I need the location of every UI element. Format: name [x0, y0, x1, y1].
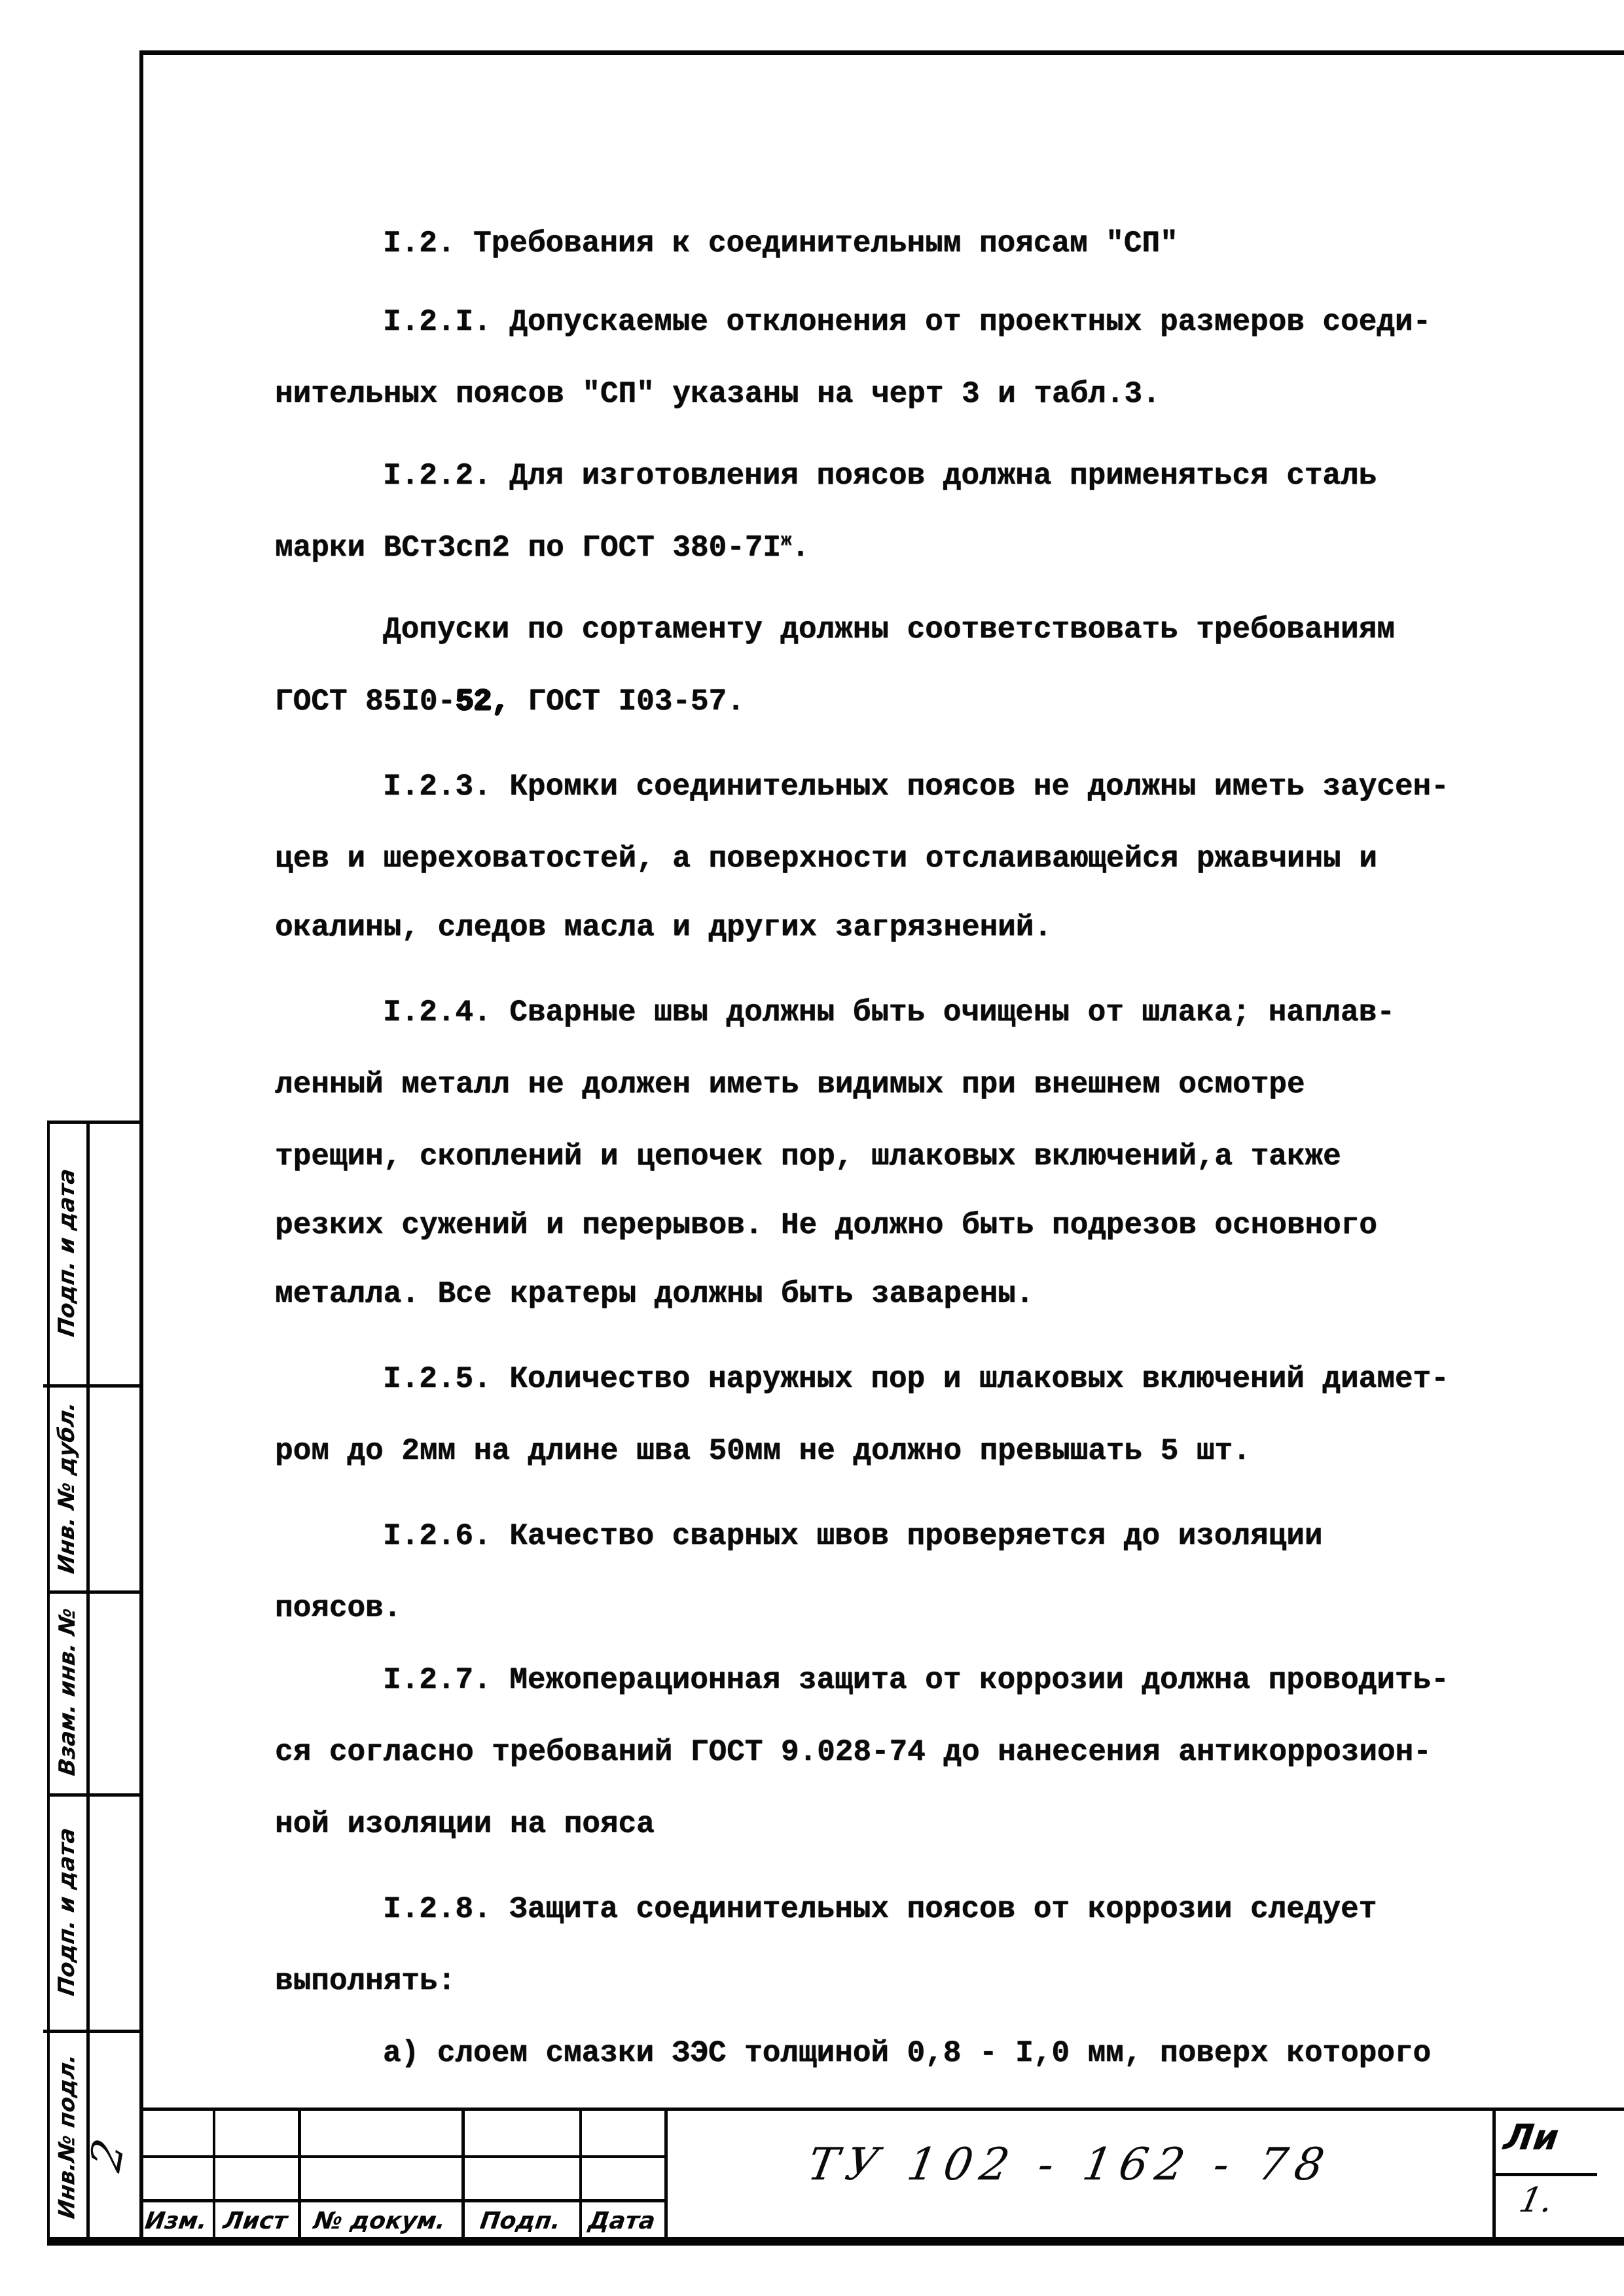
sheetbox-divider [1492, 2173, 1597, 2176]
titleblock-col-list: Лист [210, 2200, 301, 2241]
body-line: Допуски по сортаменту должны соответство… [383, 612, 1395, 647]
titleblock-row-divider [139, 2155, 664, 2158]
sidebar-label-text: Подп. и дата [54, 1826, 81, 1998]
frame-left-border [139, 50, 143, 2242]
body-line: нительных поясов "СП" указаны на черт 3 … [275, 376, 1161, 412]
body-line: ной изоляции на пояса [275, 1806, 655, 1842]
body-line-text: ГОСТ I03-57. [510, 685, 745, 719]
handwritten-mark-text: 2 [81, 2132, 134, 2177]
body-line: ГОСТ 85I0-52, ГОСТ I03-57. [275, 684, 745, 719]
overtyped-text: 52, [456, 685, 510, 719]
scanned-document-page: { "doc": { "paper_color": "#ffffff", "in… [0, 0, 1624, 2296]
body-line: а) слоем смазки ЗЭС толщиной 0,8 - I,0 м… [383, 2036, 1431, 2071]
frame-top-border [139, 50, 1624, 55]
body-line: I.2.8. Защита соединительных поясов от к… [383, 1892, 1377, 1927]
sheetbox-header: Ли [1502, 2117, 1562, 2158]
sidebar-label-text: Инв.№ подл. [54, 2052, 81, 2220]
body-line: I.2.5. Количество наружных пор и шлаковы… [383, 1361, 1449, 1397]
body-line: окалины, следов масла и других загрязнен… [275, 910, 1052, 945]
body-line: трещин, скоплений и цепочек пор, шлаковы… [275, 1139, 1341, 1174]
body-line: выполнять: [275, 1964, 456, 1999]
sidebar-label-podp-i-data-2: Подп. и дата [47, 1793, 87, 2030]
sidebar-label-inv-n-dubl: Инв. № дубл. [47, 1384, 87, 1590]
titleblock-right-border [664, 2108, 668, 2242]
titleblock-col-data: Дата [577, 2200, 668, 2241]
body-line: резких сужений и перерывов. Не должно бы… [275, 1208, 1377, 1243]
titleblock-col-izm: Изм. [137, 2200, 216, 2241]
body-line: I.2.I. Допускаемые отклонения от проектн… [383, 304, 1431, 340]
body-line: цев и шереховатостей, а поверхности отсл… [275, 841, 1377, 876]
body-line-text: ГОСТ 85I0- [275, 685, 456, 719]
body-line: I.2.6. Качество сварных швов проверяется… [383, 1518, 1322, 1554]
handwritten-inventory-number: 2 [77, 2125, 137, 2185]
body-line: ром до 2мм на длине шва 50мм не должно п… [275, 1433, 1251, 1469]
footnote-mark: ж [781, 531, 791, 551]
titleblock-col-dokum: № докум. [295, 2200, 465, 2241]
sidebar-label-vzam-inv-n: Взам. инв. № [47, 1590, 87, 1793]
body-line: ленный металл не должен иметь видимых пр… [275, 1067, 1305, 1102]
body-line-text: . [791, 531, 810, 565]
body-line: I.2.7. Межоперационная защита от коррози… [383, 1662, 1449, 1698]
sheetbox-page-number: 1. [1516, 2181, 1557, 2220]
body-line: металла. Все кратеры должны быть заварен… [275, 1276, 1034, 1312]
body-line: I.2.2. Для изготовления поясов должна пр… [383, 458, 1377, 493]
body-line: I.2.4. Сварные швы должны быть очищены о… [383, 995, 1395, 1030]
sidebar-label-podp-i-data: Подп. и дата [47, 1121, 87, 1384]
document-number: ТУ 102 - 162 - 78 [804, 2139, 1336, 2191]
body-line: марки ВСт3сп2 по ГОСТ 380-7Iж. [275, 530, 810, 565]
sidebar-label-text: Инв. № дубл. [54, 1400, 81, 1575]
sidebar-label-text: Подп. и дата [54, 1167, 81, 1338]
body-line: ся согласно требований ГОСТ 9.028-74 до … [275, 1734, 1432, 1770]
titleblock-col-podp: Подп. [459, 2200, 583, 2241]
body-line: I.2.3. Кромки соединительных поясов не д… [383, 769, 1449, 804]
body-line-text: марки ВСт3сп2 по ГОСТ 380-7I [275, 531, 781, 565]
titleblock-top-border [139, 2108, 1624, 2111]
body-line: поясов. [275, 1590, 401, 1626]
sidebar-label-text: Взам. инв. № [54, 1606, 81, 1777]
body-line: I.2. Требования к соединительным поясам … [383, 226, 1178, 261]
